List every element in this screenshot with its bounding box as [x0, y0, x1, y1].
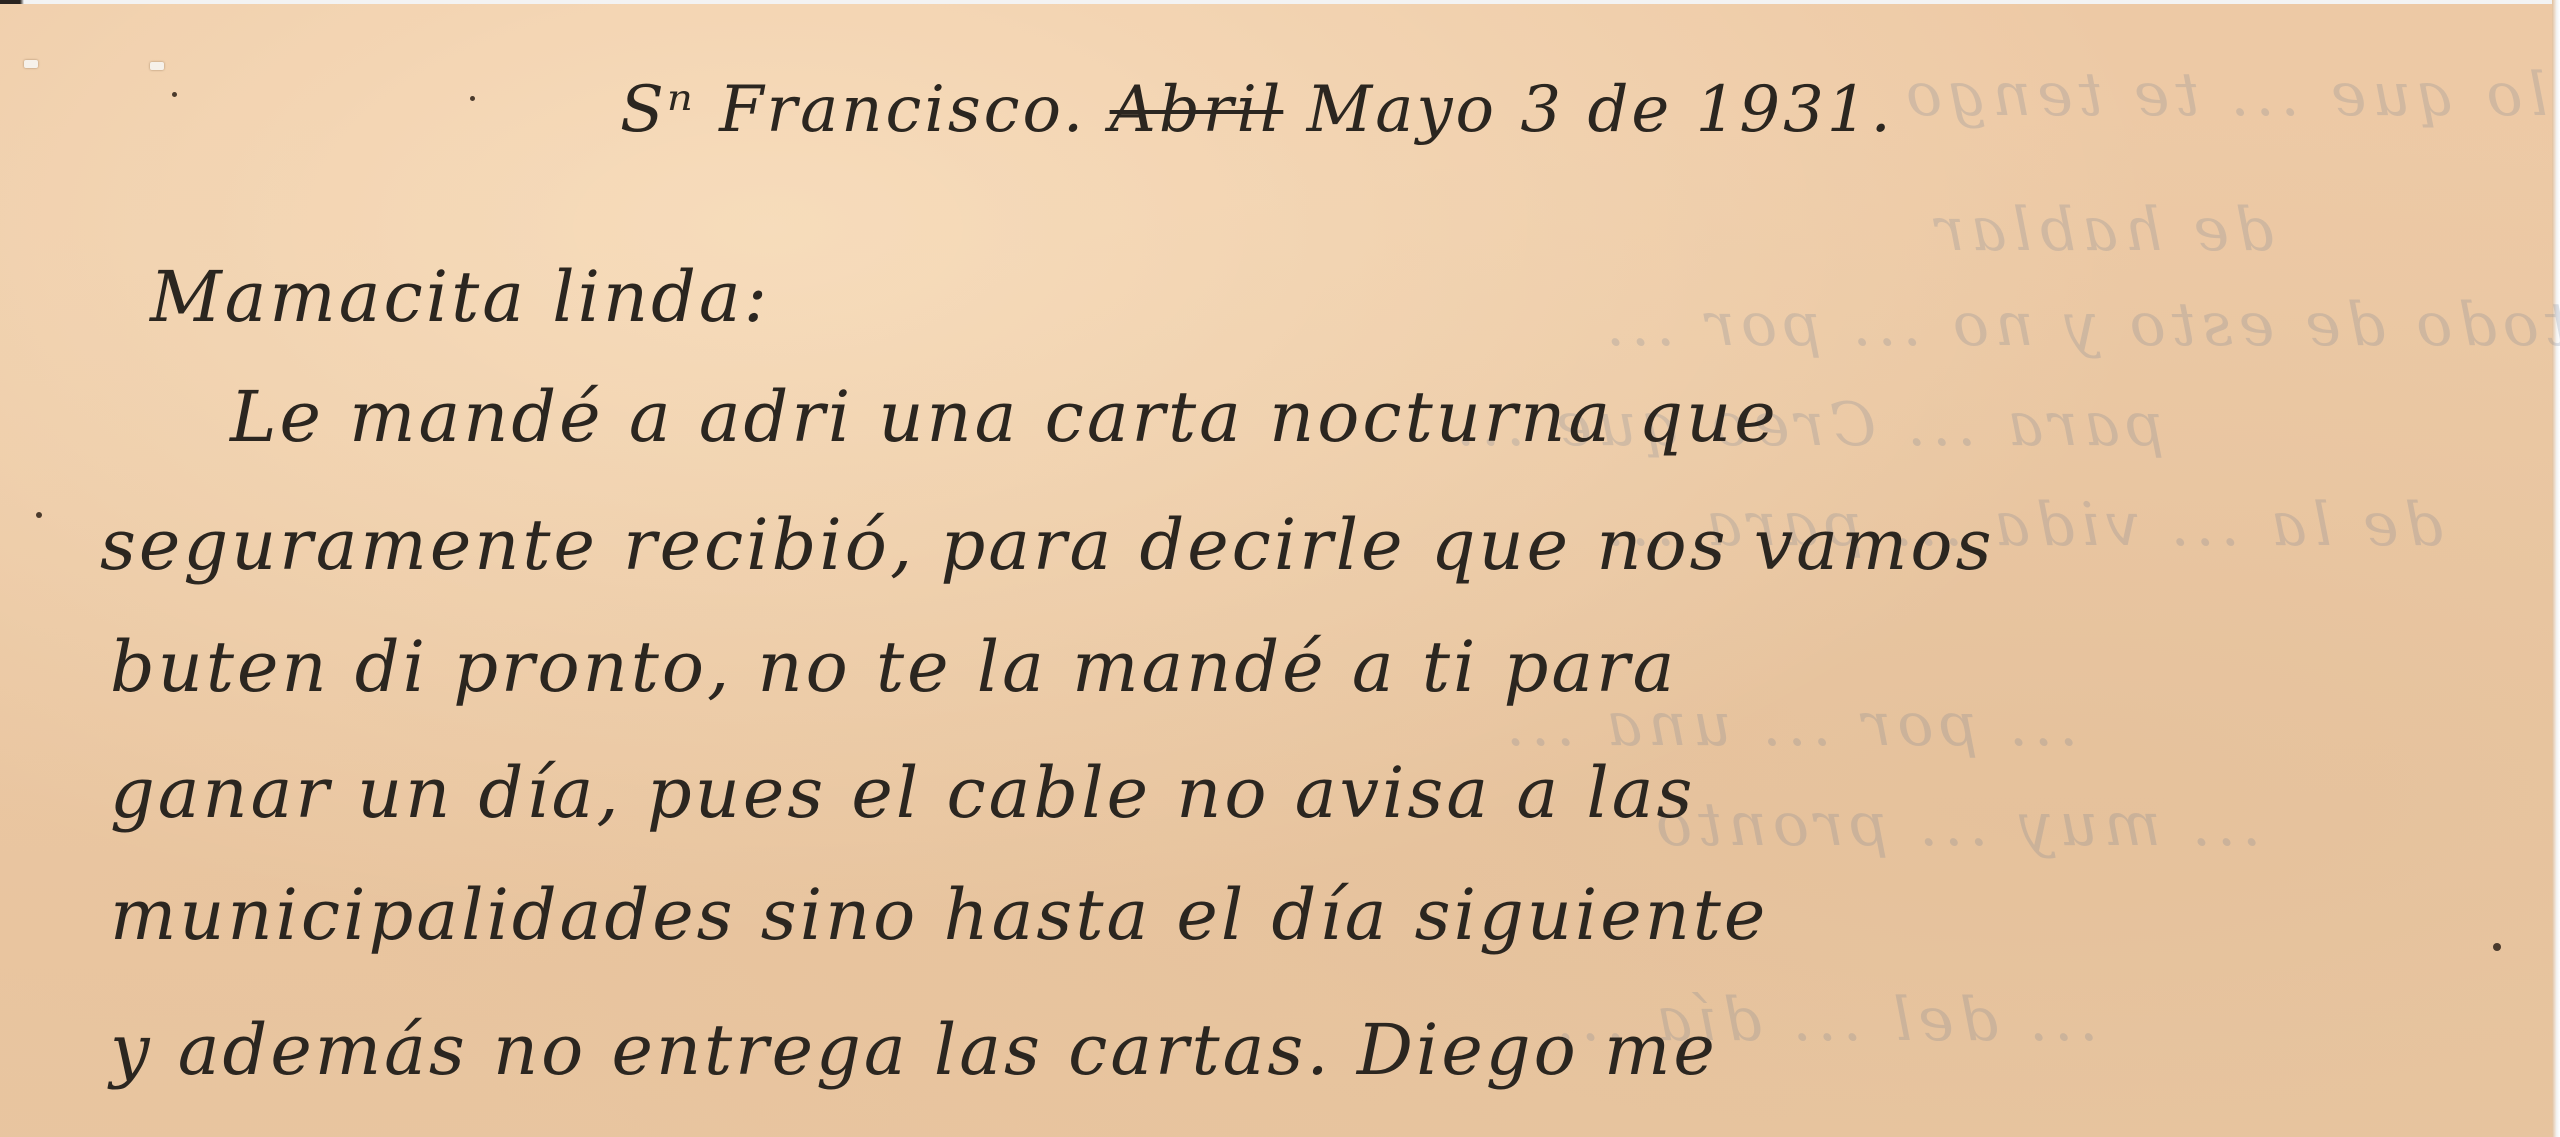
ink-speck [470, 96, 475, 101]
ink-speck [2493, 943, 2501, 951]
letter-line: ganar un día, pues el cable no avisa a l… [110, 758, 1695, 828]
ink-speck [172, 92, 177, 97]
bleed-through-line: ... muy ... pronto [1650, 790, 2261, 860]
struck-month: Abril [1110, 73, 1284, 147]
paper-top-edge [0, 0, 2560, 4]
letter-line: seguramente recibió, para decirle que no… [100, 510, 1995, 580]
paper-right-edge [2552, 0, 2560, 1137]
staple-hole-left [24, 60, 38, 68]
letter-page: lo que ... te tengo de hablar dejar todo… [0, 0, 2560, 1137]
staple-hole-right [150, 62, 164, 70]
letter-line: municipalidades sino hasta el día siguie… [110, 880, 1768, 950]
bleed-through-line: dejar todo de esto y no ... por ... [1600, 290, 2560, 360]
bleed-through-line: de hablar [1930, 195, 2273, 265]
letter-line: y además no entrega las cartas. Diego me [110, 1015, 1718, 1085]
ink-speck [36, 512, 42, 518]
letter-line: Le mandé a adri una carta nocturna que [230, 382, 1779, 452]
letter-dateline: Sⁿ Francisco. Abril Mayo 3 de 1931. [620, 78, 1894, 142]
letter-place: Sⁿ Francisco. [620, 73, 1086, 147]
bleed-through-line: lo que ... te tengo [1900, 60, 2548, 130]
letter-line: buten di pronto, no te la mandé a ti par… [110, 632, 1677, 702]
letter-greeting: Mamacita linda: [150, 262, 770, 332]
letter-date: Mayo 3 de 1931. [1307, 73, 1894, 147]
